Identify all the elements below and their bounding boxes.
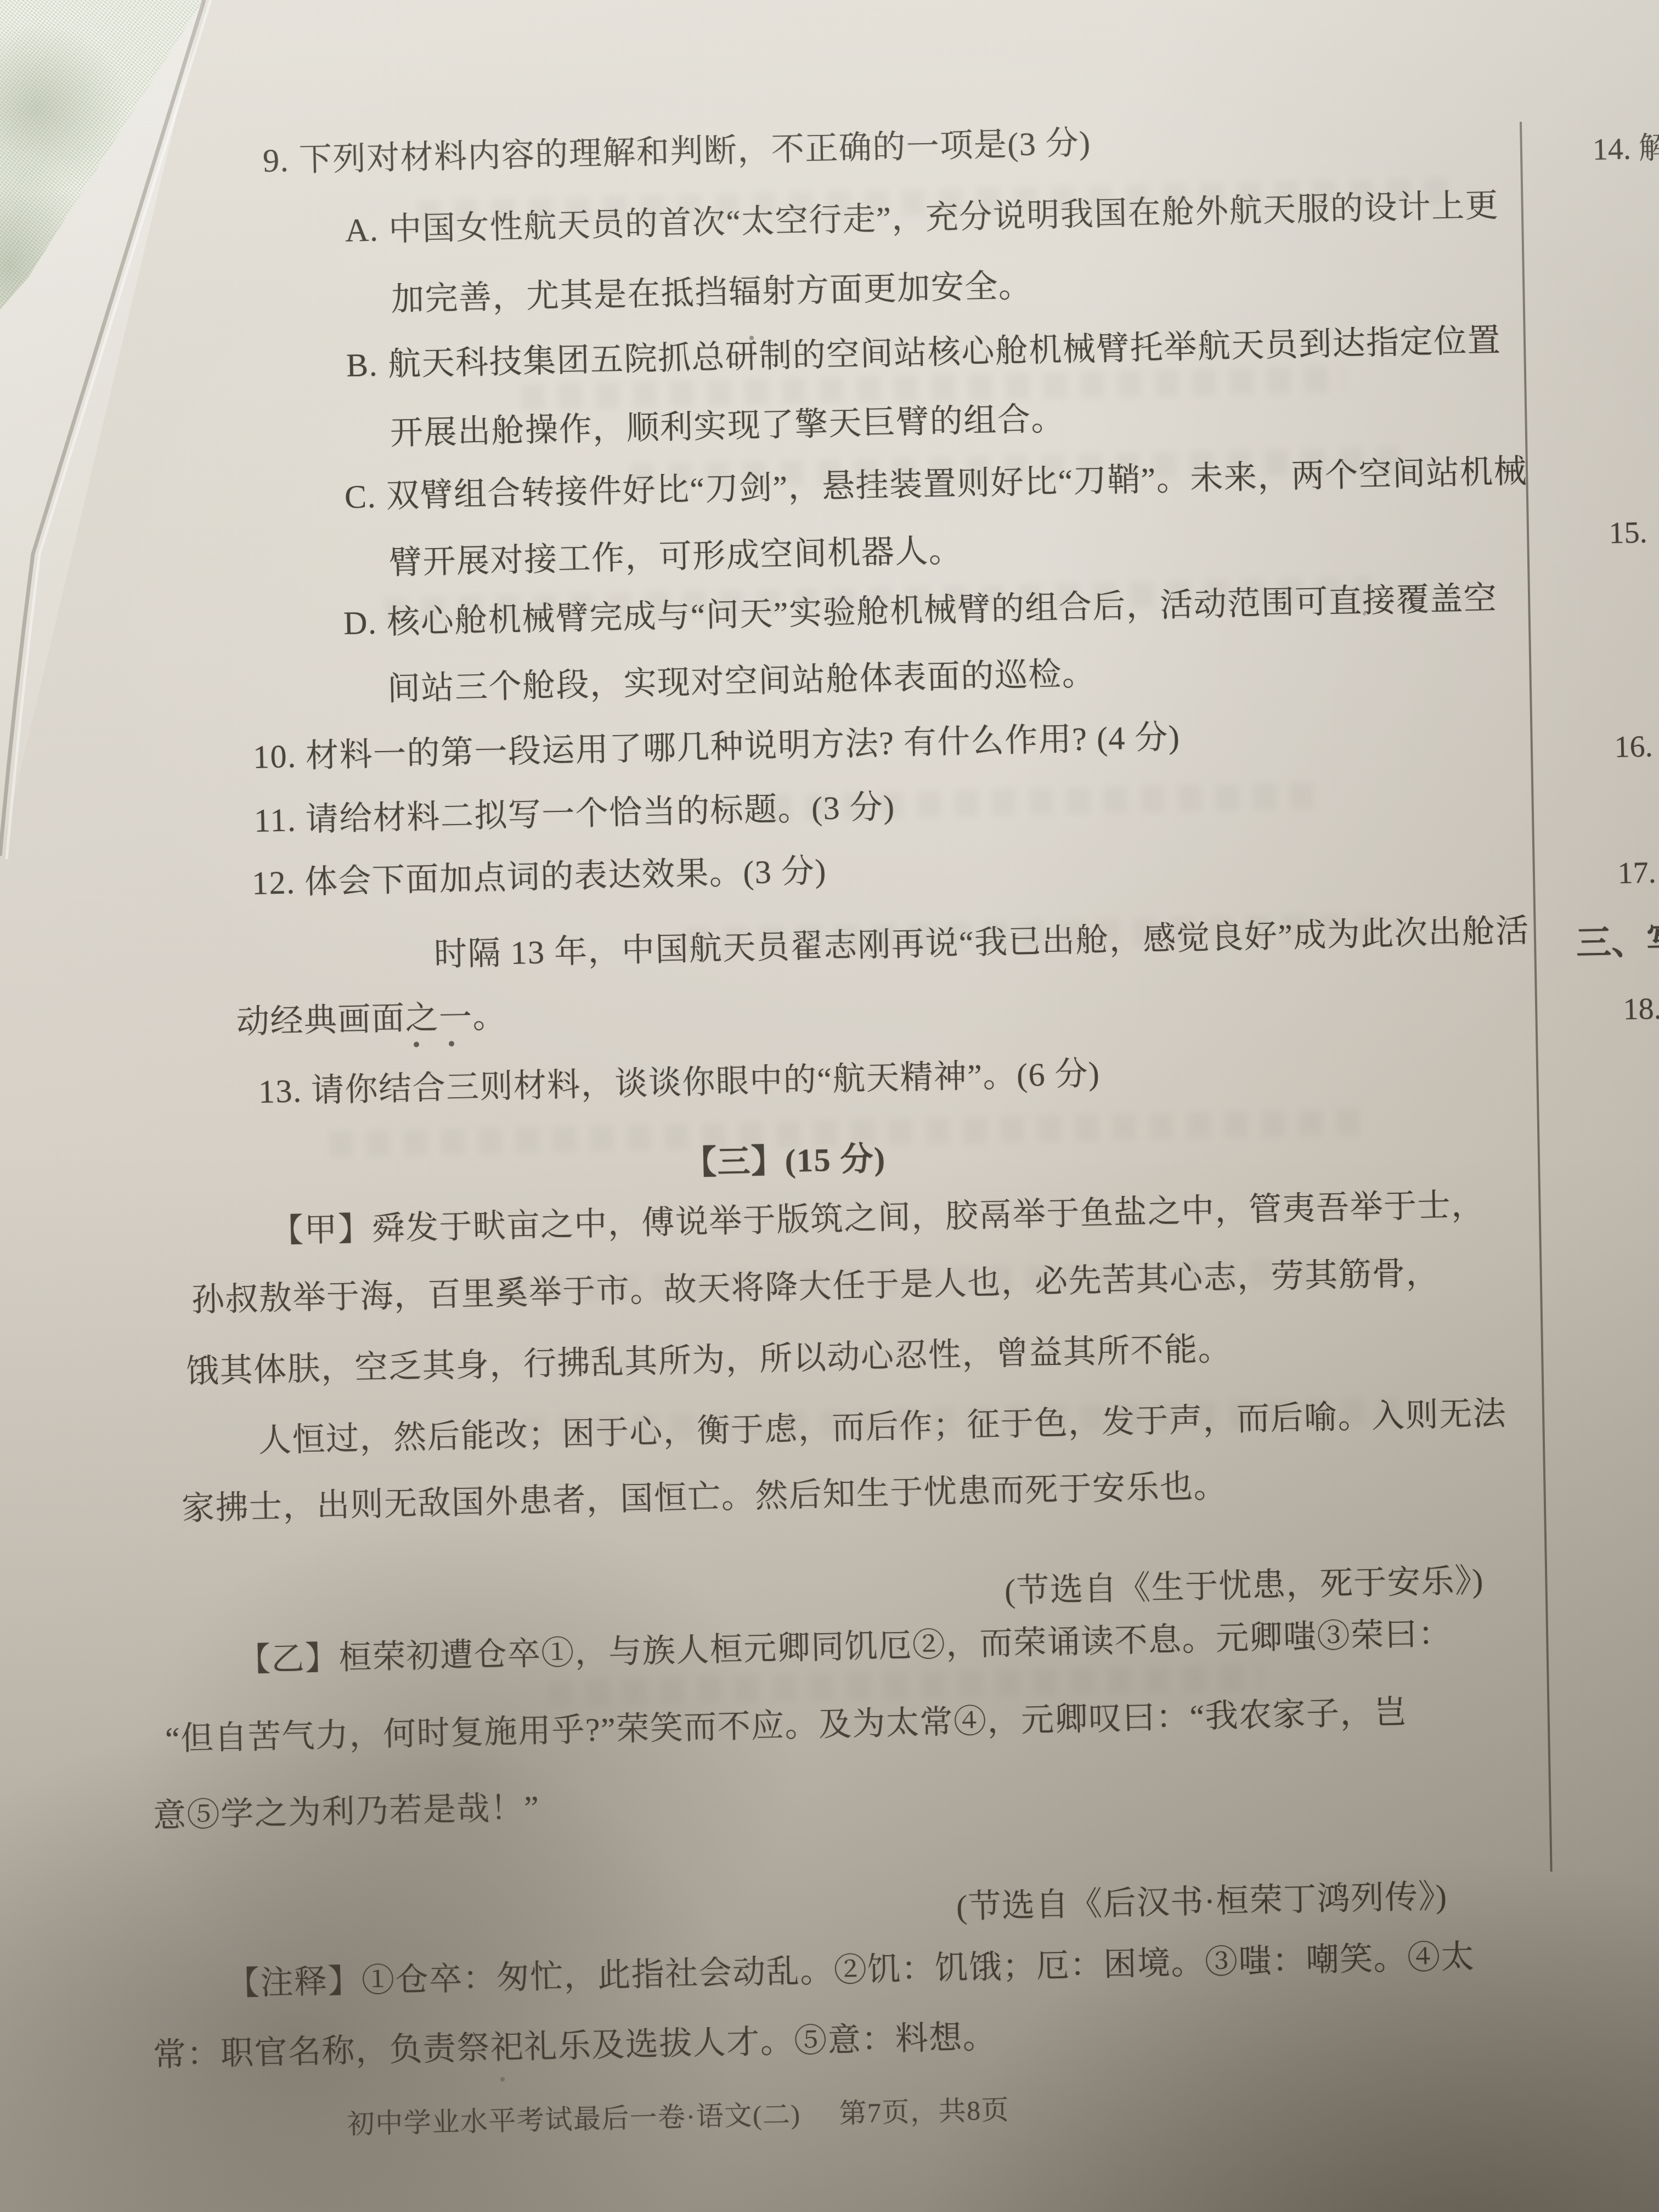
- option-c-line1: C.双臂组合转接件好比“刀剑”，悬挂装置则好比“刀鞘”。未来，两个空间站机械: [344, 445, 1528, 518]
- question-13: 13. 请你结合三则材料，谈谈你眼中的“航天精神”。(6 分): [258, 1047, 1101, 1113]
- paper-speck: [749, 336, 754, 340]
- section-3-header: 【三】(15 分): [683, 1132, 886, 1184]
- passage-jia-line5: 家拂士，出则无敌国外患者，国恒亡。然后知生于忧患而死于安乐也。: [181, 1459, 1228, 1530]
- option-a-text: 中国女性航天员的首次“太空行走”，充分说明我国在舱外航天服的设计上更: [388, 187, 1499, 247]
- option-d-line2: 间站三个舱段，实现对空间站舱体表面的巡检。: [387, 647, 1096, 710]
- option-c-text: 双臂组合转接件好比“刀剑”，悬挂装置则好比“刀鞘”。未来，两个空间站机械: [386, 453, 1527, 514]
- next-page-paren: （: [1639, 352, 1659, 396]
- passage-jia-line4: 人恒过，然后能改；困于心，衡于虑，而后作；征于色，发于声，而后喻。入则无法: [258, 1387, 1507, 1462]
- next-page-paren: （: [1641, 284, 1659, 328]
- passage-yi-source: (节选自《后汉书·桓荣丁鸿列传》): [956, 1870, 1448, 1928]
- page-footer: 初中学业水平考试最后一卷·语文(二)第7页，共8页: [347, 2088, 1010, 2142]
- option-c-line2: 臂开展对接工作，可形成空间机器人。: [388, 524, 963, 584]
- question-9-number: 9.: [262, 142, 289, 180]
- next-page-paren: （: [1644, 215, 1659, 259]
- option-d-line1: D.核心舱机械臂完成与“问天”实验舱机械臂的组合后，活动范围可直接覆盖空: [343, 572, 1498, 644]
- option-b-label: B.: [346, 346, 379, 385]
- exam-paper-photo: 9.下列对材料内容的理解和判断，不正确的一项是(3 分) A.中国女性航天员的首…: [0, 0, 1659, 2212]
- option-d-label: D.: [343, 604, 377, 642]
- passage-jia-line3: 饿其体肤，空乏其身，行拂乱其所为，所以动心忍性，曾益其所不能。: [185, 1322, 1232, 1392]
- footer-exam-title: 初中学业水平考试最后一卷·语文(二): [347, 2099, 801, 2140]
- question-10: 10. 材料一的第一段运用了哪几种说明方法? 有什么作用? (4 分): [252, 710, 1181, 778]
- question-12-quote-line1: 时隔 13 年，中国航天员翟志刚再说“我已出舱，感觉良好”成为此次出舱活: [433, 904, 1530, 975]
- quote-period: 。: [472, 998, 507, 1035]
- emphasized-word: 之一: [405, 999, 473, 1037]
- quote-text: 动经典画面: [236, 1000, 405, 1040]
- passage-jia-line1: 【甲】舜发于畎亩之中，傅说举于版筑之间，胶鬲举于鱼盐之中，管夷吾举于士，: [270, 1178, 1485, 1252]
- passage-yi-line1: 【乙】桓荣初遭仓卒①，与族人桓元卿同饥厄②，而荣诵读不息。元卿嗤③荣曰：: [237, 1607, 1452, 1681]
- option-b-line2: 开展出舱操作，顺利实现了擎天巨臂的组合。: [390, 392, 1065, 454]
- next-page-item-16: 16.: [1614, 729, 1653, 765]
- passage-jia-source: (节选自《生于忧患，死于安乐》): [1004, 1554, 1485, 1612]
- next-page-section-3: 三、写: [1576, 913, 1659, 966]
- question-11: 11. 请给材料二拟写一个恰当的标题。(3 分): [253, 781, 895, 842]
- notes-line1: 【注释】①仓卒：匆忙，此指社会动乱。②饥：饥饿；厄：困境。③嗤：嘲笑。④太: [226, 1930, 1475, 2005]
- paper-speck: [500, 2077, 505, 2081]
- question-9-line: 9.下列对材料内容的理解和判断，不正确的一项是(3 分): [262, 116, 1091, 182]
- option-a-line2: 加完善，尤其是在抵挡辐射方面更加安全。: [391, 259, 1032, 320]
- option-c-label: C.: [344, 478, 377, 516]
- paper-speck: [1363, 612, 1366, 616]
- option-d-text: 核心舱机械臂完成与“问天”实验舱机械臂的组合后，活动范围可直接覆盖空: [387, 580, 1498, 640]
- next-page-item-18: 18.: [1623, 991, 1659, 1027]
- option-a-label: A.: [345, 211, 379, 250]
- page-fold-line: [1520, 122, 1553, 1872]
- passage-jia-line2: 孙叔敖举于海，百里奚举于市。故天将降大任于是人也，必先苦其心志，劳其筋骨，: [191, 1246, 1440, 1321]
- passage-yi-line3: 意⑤学之为利乃若是哉！”: [153, 1781, 540, 1837]
- next-page-item-14: 14. 解: [1592, 123, 1659, 169]
- next-page-item-15: 15.: [1609, 515, 1647, 551]
- notes-line2: 常：职官名称，负责祭祀礼乐及选拔人才。⑤意：料想。: [153, 2010, 997, 2076]
- question-12-quote-line2: 动经典画面之一。: [236, 990, 507, 1043]
- footer-page-number: 第7页，共8页: [839, 2095, 1010, 2129]
- next-page-item-17: 17.: [1617, 855, 1656, 891]
- question-9-stem: 下列对材料内容的理解和判断，不正确的一项是(3 分): [298, 125, 1091, 178]
